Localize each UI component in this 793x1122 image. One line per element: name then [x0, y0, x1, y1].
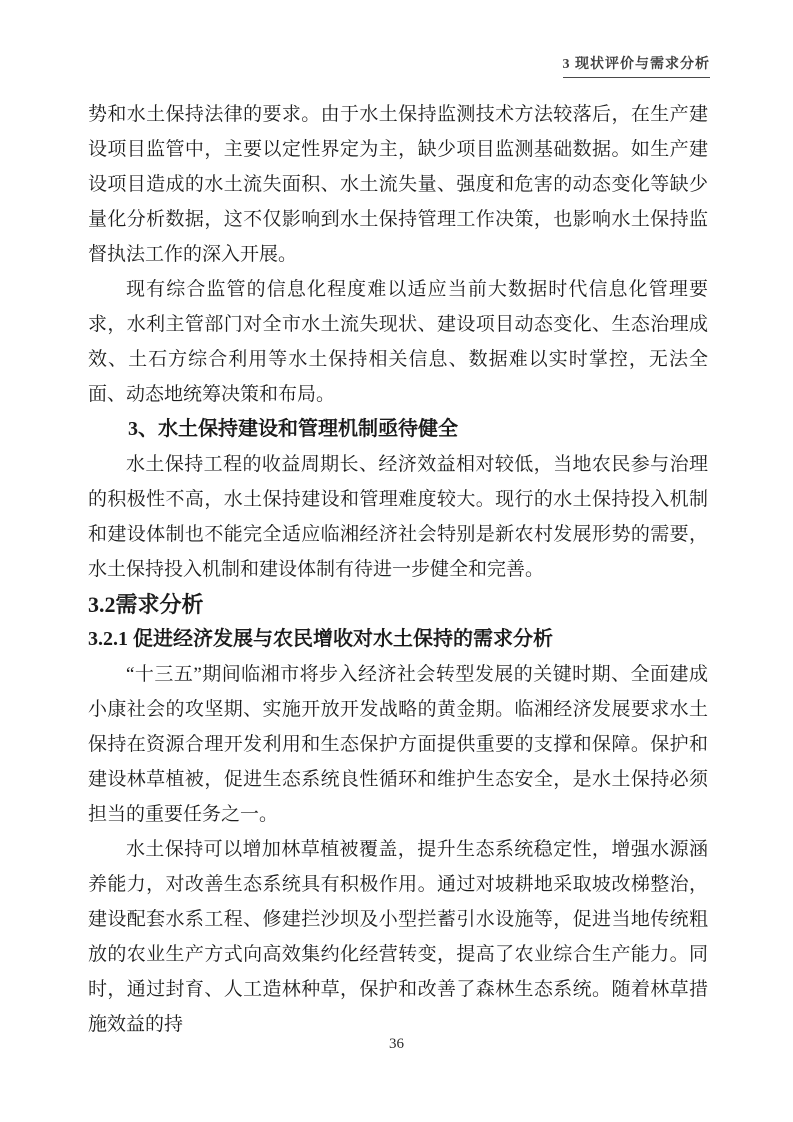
- paragraph-thirteenth-five-plan: “十三五”期间临湘市将步入经济社会转型发展的关键时期、全面建成小康社会的攻坚期、…: [88, 657, 708, 832]
- heading-section-3-2: 3.2需求分析: [88, 587, 708, 622]
- page-number: 36: [0, 1036, 793, 1053]
- paragraph-informatization: 现有综合监管的信息化程度难以适应当前大数据时代信息化管理要求，水利主管部门对全市…: [88, 272, 708, 412]
- heading-item3-mechanism: 3、水土保持建设和管理机制亟待健全: [88, 412, 708, 447]
- running-header-chapter-title: 3 现状评价与需求分析: [563, 53, 711, 78]
- paragraph-monitoring-continuation: 势和水土保持法律的要求。由于水土保持监测技术方法较落后，在生产建设项目监管中，主…: [88, 97, 708, 272]
- paragraph-soil-conservation-benefits: 水土保持可以增加林草植被覆盖，提升生态系统稳定性，增强水源涵养能力，对改善生态系…: [88, 832, 708, 1042]
- page-body: 势和水土保持法律的要求。由于水土保持监测技术方法较落后，在生产建设项目监管中，主…: [88, 97, 708, 1042]
- document-page: 3 现状评价与需求分析 势和水土保持法律的要求。由于水土保持监测技术方法较落后，…: [0, 0, 793, 1122]
- heading-section-3-2-1: 3.2.1 促进经济发展与农民增收对水土保持的需求分析: [88, 622, 708, 657]
- paragraph-mechanism: 水土保持工程的收益周期长、经济效益相对较低，当地农民参与治理的积极性不高，水土保…: [88, 447, 708, 587]
